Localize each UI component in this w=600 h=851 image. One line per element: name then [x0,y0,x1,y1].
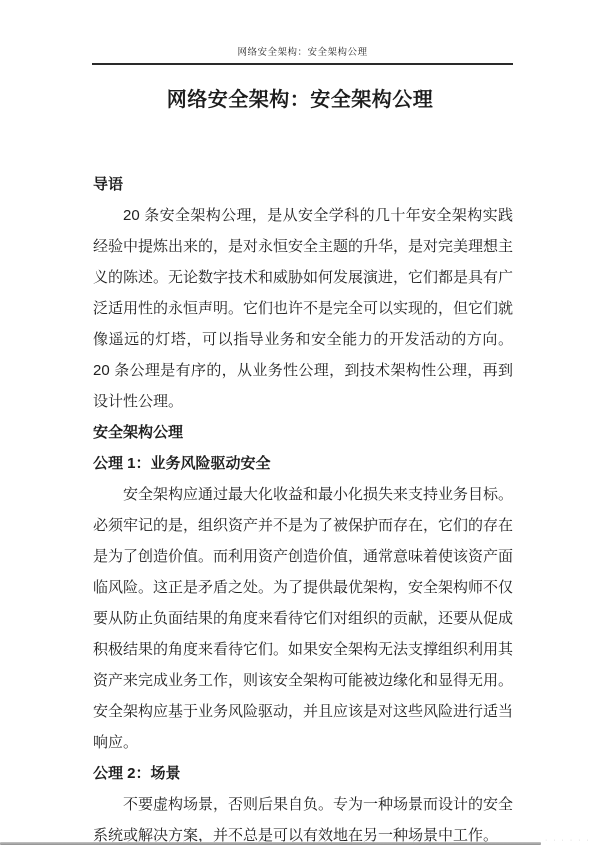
bottom-progress-bar[interactable] [0,842,541,845]
page-title: 网络安全架构：安全架构公理 [0,83,600,112]
axiom-1-heading: 公理 1：业务风险驱动安全 [93,448,513,479]
document-body: 导语 20 条安全架构公理，是从安全学科的几十年安全架构实践经验中提炼出来的，是… [93,169,513,851]
faint-marks: · · · · · · [545,837,595,844]
axiom-1-paragraph: 安全架构应通过最大化收益和最小化损失来支持业务目标。必须牢记的是，组织资产并不是… [93,479,513,758]
intro-paragraph: 20 条安全架构公理，是从安全学科的几十年安全架构实践经验中提炼出来的，是对永恒… [93,200,513,417]
document-page: 网络安全架构：安全架构公理 网络安全架构：安全架构公理 导语 20 条安全架构公… [0,0,600,851]
axiom-2-heading: 公理 2：场景 [93,758,513,789]
axioms-section-heading: 安全架构公理 [93,417,513,448]
intro-heading: 导语 [93,169,513,200]
running-header: 网络安全架构：安全架构公理 [92,44,513,65]
